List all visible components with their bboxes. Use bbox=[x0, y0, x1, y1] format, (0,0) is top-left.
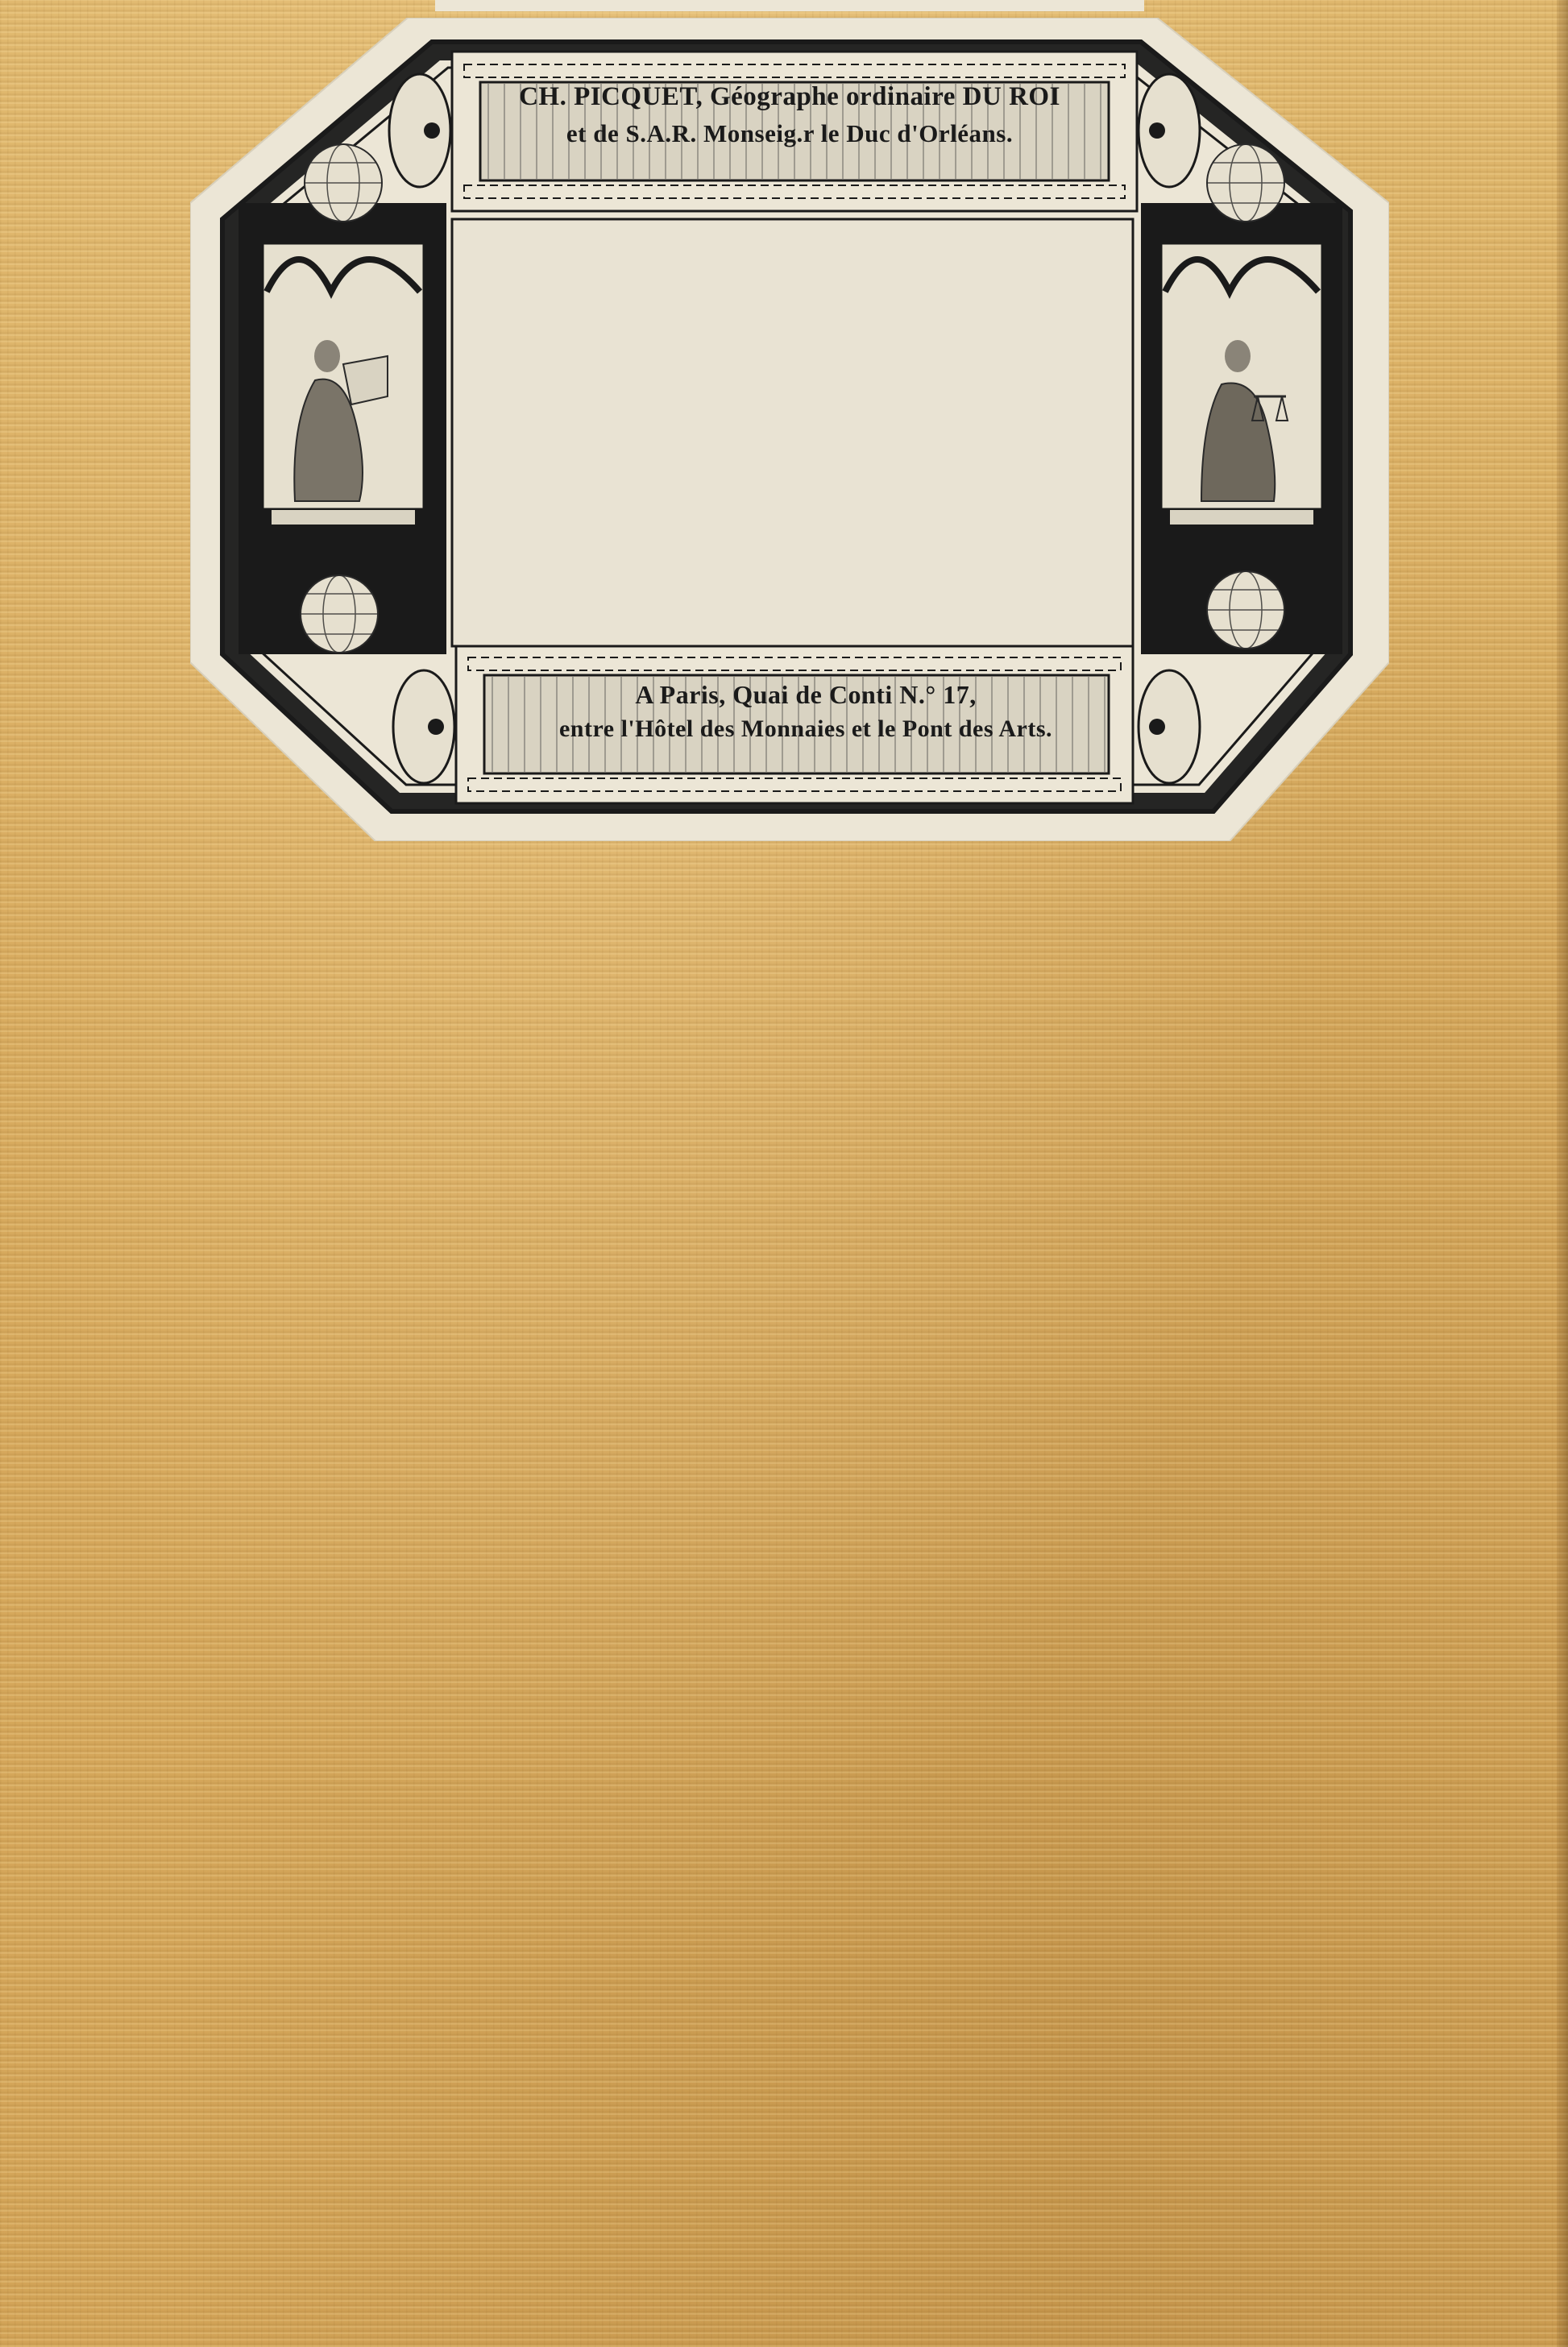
cover-edge bbox=[1557, 0, 1568, 2347]
trade-label: CH. PICQUET, Géographe ordinaire DU ROI … bbox=[190, 18, 1389, 841]
label-title-line-1: CH. PICQUET, Géographe ordinaire DU ROI bbox=[190, 82, 1389, 112]
label-address-line-2: entre l'Hôtel des Monnaies et le Pont de… bbox=[206, 715, 1405, 743]
paper-strip bbox=[435, 0, 1144, 11]
label-address-line-1: A Paris, Quai de Conti N.° 17, bbox=[206, 680, 1405, 710]
label-title-line-2: et de S.A.R. Monseig.r le Duc d'Orléans. bbox=[190, 119, 1389, 148]
